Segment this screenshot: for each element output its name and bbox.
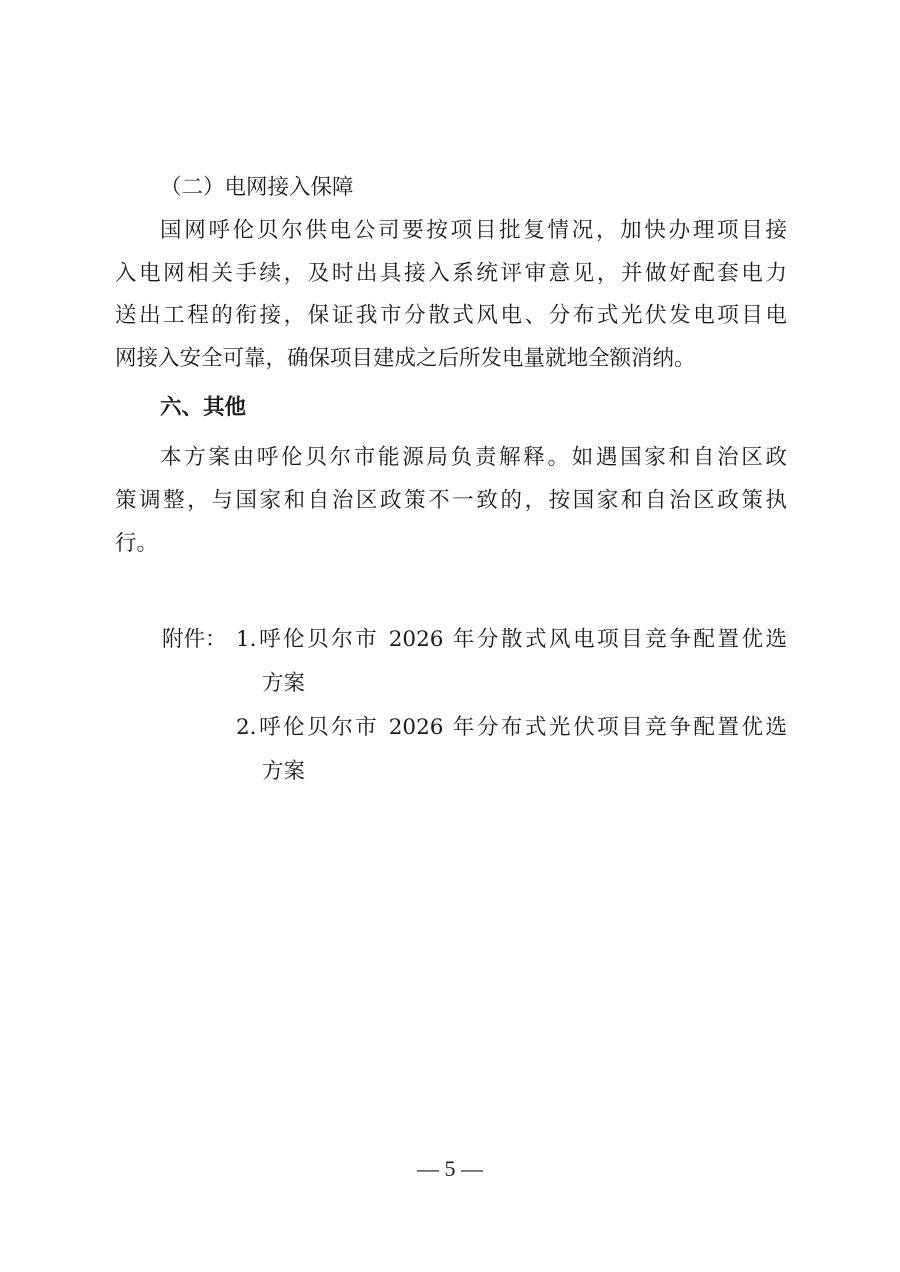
paragraph-line: 策调整，与国家和自治区政策不一致的，按国家和自治区政策执 [115,486,787,516]
paragraph-line: 入电网相关手续，及时出具接入系统评审意见，并做好配套电力 [115,259,787,289]
paragraph-line: 行。 [115,529,787,559]
attachment-item-2-continuation: 方案 [262,757,305,787]
attachment-item-1-continuation: 方案 [262,669,305,699]
attachment-item-2: 2.呼伦贝尔市 2026 年分布式光伏项目竞争配置优选 [236,713,787,743]
paragraph-line: 国网呼伦贝尔供电公司要按项目批复情况，加快办理项目接 [160,216,787,246]
chapter-heading: 六、其他 [160,393,787,423]
section-heading: （二）电网接入保障 [160,173,787,203]
paragraph-line: 本方案由呼伦贝尔市能源局负责解释。如遇国家和自治区政 [160,443,787,473]
attachment-item-1: 1.呼伦贝尔市 2026 年分散式风电项目竞争配置优选 [236,625,787,655]
paragraph-line: 送出工程的衔接，保证我市分散式风电、分布式光伏发电项目电 [115,301,787,331]
paragraph-line: 网接入安全可靠，确保项目建成之后所发电量就地全额消纳。 [115,344,787,374]
attachments-label: 附件： [162,625,227,655]
page-number: — 5 — [0,1154,900,1184]
